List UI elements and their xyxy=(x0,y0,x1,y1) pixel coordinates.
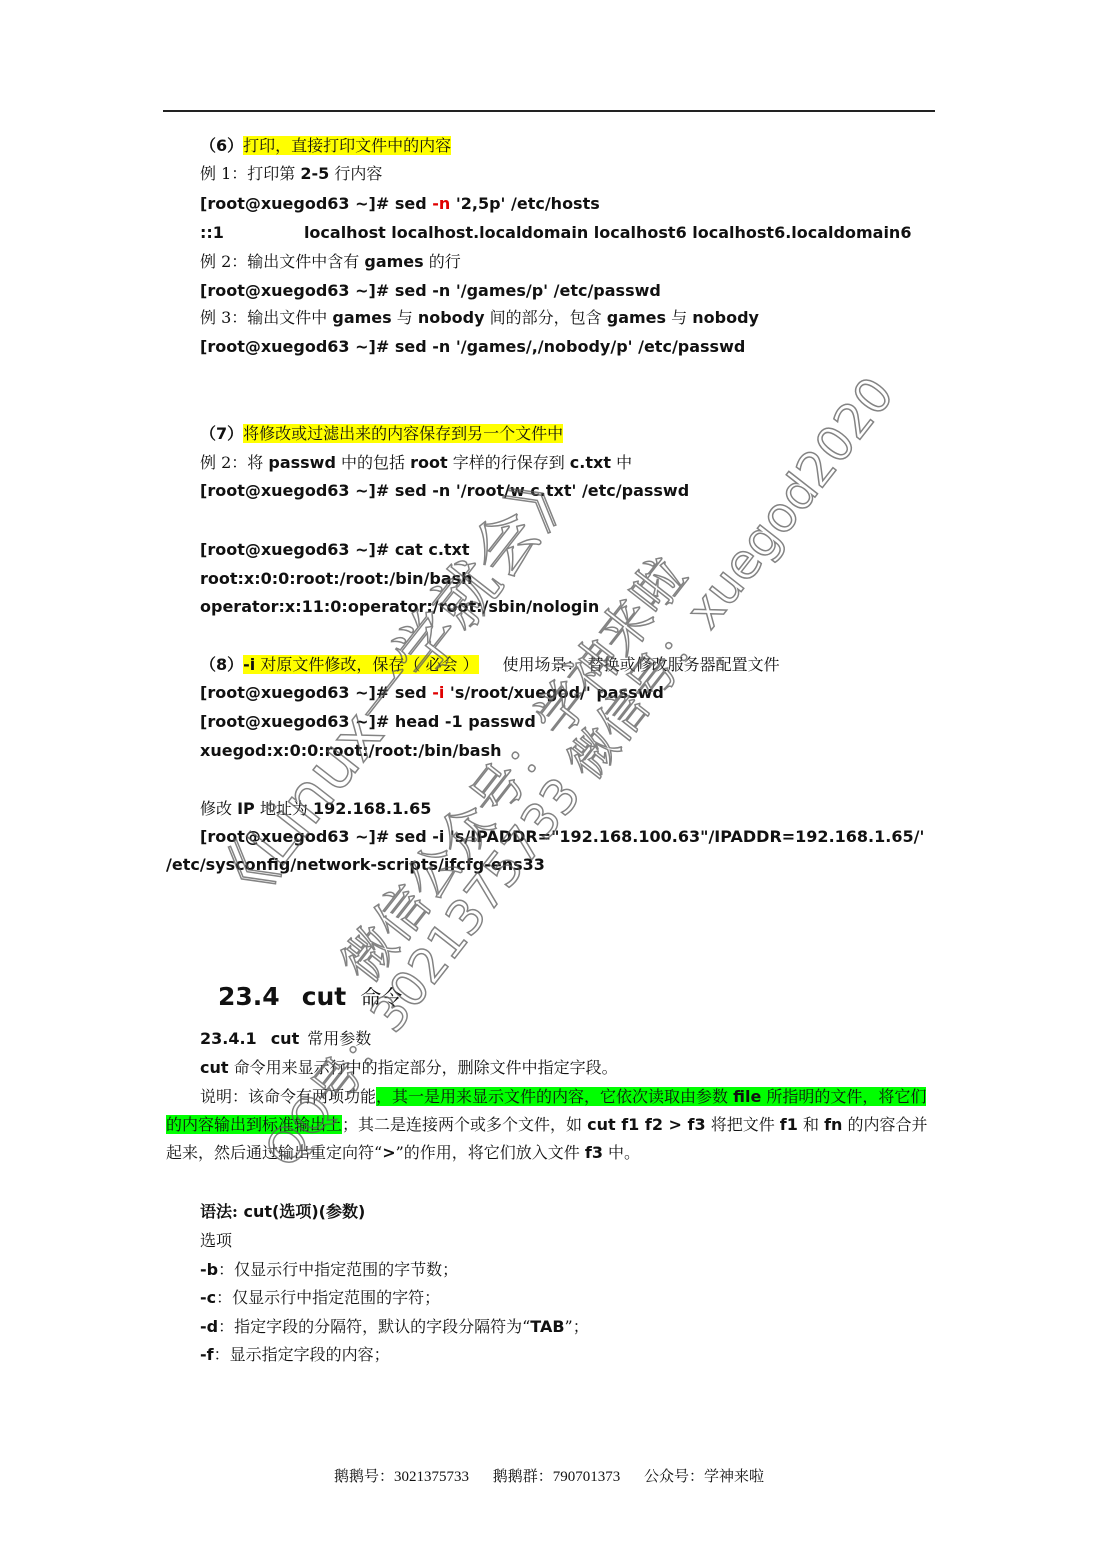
text: [root@xuegod63 ~]# sed xyxy=(200,683,432,702)
text: 例 3：输出文件中 xyxy=(200,308,332,327)
text: TAB xyxy=(530,1317,564,1336)
ip-label: 修改 IP 地址为 192.168.1.65 xyxy=(200,798,431,820)
option-item: -f：显示指定字段的内容； xyxy=(200,1344,390,1366)
text: ”的作用，将它们放入文件 xyxy=(396,1143,585,1162)
text: 192.168.1.65 xyxy=(313,799,431,818)
section6-heading: （6）打印，直接打印文件中的内容 xyxy=(200,135,451,157)
command-line-continued: /etc/sysconfig/network-scripts/ifcfg-ens… xyxy=(166,854,545,876)
command-line: [root@xuegod63 ~]# sed -n '/games/,/nobo… xyxy=(200,336,745,358)
option-flag: -f xyxy=(200,1345,214,1364)
syntax-line: 语法: cut(选项)(参数) xyxy=(200,1201,365,1223)
option-item: -d：指定字段的分隔符，默认的字段分隔符为“TAB”； xyxy=(200,1316,589,1338)
text: 中。 xyxy=(603,1143,640,1162)
section7-heading: （7）将修改或过滤出来的内容保存到另一个文件中 xyxy=(200,423,563,445)
text: ；其二是连接两个或多个文件，如 xyxy=(342,1115,587,1134)
section-number: （8） xyxy=(200,655,243,674)
option-flag: -b xyxy=(200,1260,218,1279)
text: 将把文件 xyxy=(706,1115,780,1134)
option-desc: ：指定字段的分隔符，默认的字段分隔符为“ xyxy=(218,1317,530,1336)
text: file xyxy=(733,1087,761,1106)
text: 's/root/xuegod/' passwd xyxy=(444,683,664,702)
text: cut xyxy=(200,1058,229,1077)
option-desc: ：显示指定字段的内容； xyxy=(214,1345,390,1364)
command-line: [root@xuegod63 ~]# cat c.txt xyxy=(200,539,470,561)
option-flag: -i xyxy=(432,683,444,702)
option-item: -b：仅显示行中指定范围的字节数； xyxy=(200,1259,458,1281)
section-number: （6） xyxy=(200,136,243,155)
description-paragraph: 说明：该命令有两项功能，其一是用来显示文件的内容，它依次读取由参数 file 所… xyxy=(166,1083,941,1167)
text: 中的包括 xyxy=(336,453,410,472)
text: root xyxy=(410,453,448,472)
text: games xyxy=(607,308,666,327)
command-line: [root@xuegod63 ~]# sed -n '/games/p' /et… xyxy=(200,280,661,302)
command-line: [root@xuegod63 ~]# head -1 passwd xyxy=(200,711,536,733)
text: 和 xyxy=(798,1115,824,1134)
text: 命令用来显示行中的指定部分，删除文件中指定字段。 xyxy=(229,1058,618,1077)
text: 修改 xyxy=(200,799,237,818)
text: '2,5p' /etc/hosts xyxy=(450,194,599,213)
text: 与 xyxy=(666,308,692,327)
text: 与 xyxy=(392,308,418,327)
text: 行内容 xyxy=(329,164,382,183)
text: 中 xyxy=(611,453,632,472)
section-title: 将修改或过滤出来的内容保存到另一个文件中 xyxy=(243,424,563,443)
output-line: ::1localhost localhost.localdomain local… xyxy=(200,222,911,244)
text: ::1 xyxy=(200,223,224,242)
text: 间的部分，包含 xyxy=(485,308,607,327)
option-flag: -i xyxy=(243,655,255,674)
page-footer: 鹅鹅号：3021375733 鹅鹅群：790701373 公众号：学神来啦 xyxy=(0,1465,1098,1486)
option-item: -c：仅显示行中指定范围的字符； xyxy=(200,1287,440,1309)
usage-note: 使用场景： 替换或修改服务器配置文件 xyxy=(503,655,780,674)
command-line: [root@xuegod63 ~]# sed -i 's/root/xuegod… xyxy=(200,682,664,704)
text: [root@xuegod63 ~]# sed xyxy=(200,194,432,213)
text: ”； xyxy=(565,1317,589,1336)
text: IP xyxy=(237,799,255,818)
text: 常用参数 xyxy=(307,1029,371,1048)
text: localhost localhost.localdomain localhos… xyxy=(304,223,912,242)
footer-wechat: 公众号：学神来啦 xyxy=(644,1469,764,1485)
footer-qq: 鹅鹅号：3021375733 xyxy=(334,1469,469,1485)
text: 地址为 xyxy=(255,799,313,818)
text: nobody xyxy=(692,308,759,327)
text: ，其一是用来显示文件的内容，它依次读取由参数 xyxy=(376,1087,733,1106)
footer-group: 鹅鹅群：790701373 xyxy=(493,1469,621,1485)
section-number: （7） xyxy=(200,424,243,443)
section-heading-cut: 23.4cut命令 xyxy=(218,981,402,1014)
text: 说明：该命令有两项功能 xyxy=(200,1087,376,1106)
syntax: cut(选项)(参数) xyxy=(243,1202,365,1221)
option-desc: ：仅显示行中指定范围的字符； xyxy=(216,1288,440,1307)
text: 例 2：将 xyxy=(200,453,268,472)
text: games xyxy=(364,252,423,271)
text: fn xyxy=(824,1115,842,1134)
text: c.txt xyxy=(570,453,611,472)
command-line: [root@xuegod63 ~]# sed -n '2,5p' /etc/ho… xyxy=(200,193,600,215)
text: passwd xyxy=(268,453,336,472)
options-label: 选项 xyxy=(200,1230,232,1252)
text: 命令 xyxy=(360,986,402,1010)
header-rule xyxy=(163,110,935,112)
intro-line: cut 命令用来显示行中的指定部分，删除文件中指定字段。 xyxy=(200,1057,618,1079)
text: 23.4.1 xyxy=(200,1029,257,1048)
option-flag: -d xyxy=(200,1317,218,1336)
text: 语法: xyxy=(200,1202,243,1221)
text: 例 2：输出文件中含有 xyxy=(200,252,364,271)
subsection-heading: 23.4.1cut常用参数 xyxy=(200,1028,371,1050)
output-line: xuegod:x:0:0:root:/root:/bin/bash xyxy=(200,740,502,762)
output-line: root:x:0:0:root:/root:/bin/bash xyxy=(200,568,473,590)
section-title: 打印，直接打印文件中的内容 xyxy=(243,136,451,155)
text: 的行 xyxy=(424,252,461,271)
option-flag: -n xyxy=(432,194,450,213)
example1-label: 例 1：打印第 2-5 行内容 xyxy=(200,163,382,185)
example3-label: 例 3：输出文件中 games 与 nobody 间的部分，包含 games 与… xyxy=(200,307,759,329)
section8-heading: （8）-i 对原文件修改，保存（ 必会 ）使用场景： 替换或修改服务器配置文件 xyxy=(200,654,780,676)
text: 23.4 xyxy=(218,982,280,1011)
text: f1 xyxy=(780,1115,798,1134)
text: games xyxy=(332,308,391,327)
option-flag: -c xyxy=(200,1288,216,1307)
text: 2-5 xyxy=(300,164,329,183)
example-label: 例 2：将 passwd 中的包括 root 字样的行保存到 c.txt 中 xyxy=(200,452,632,474)
text: cut xyxy=(302,982,347,1011)
text: cut f1 f2 > f3 xyxy=(587,1115,706,1134)
text: > xyxy=(382,1143,395,1162)
example2-label: 例 2：输出文件中含有 games 的行 xyxy=(200,251,461,273)
command-line: [root@xuegod63 ~]# sed -i 's/IPADDR="192… xyxy=(200,826,924,848)
text: cut xyxy=(271,1029,300,1048)
command-line: [root@xuegod63 ~]# sed -n '/root/w c.txt… xyxy=(200,480,689,502)
option-desc: ：仅显示行中指定范围的字节数； xyxy=(218,1260,458,1279)
text: 字样的行保存到 xyxy=(448,453,570,472)
text: f3 xyxy=(585,1143,603,1162)
section-title: 对原文件修改，保存（ 必会 ） xyxy=(255,655,478,674)
text: 例 1：打印第 xyxy=(200,164,300,183)
output-line: operator:x:11:0:operator:/root:/sbin/nol… xyxy=(200,596,599,618)
text: nobody xyxy=(418,308,485,327)
